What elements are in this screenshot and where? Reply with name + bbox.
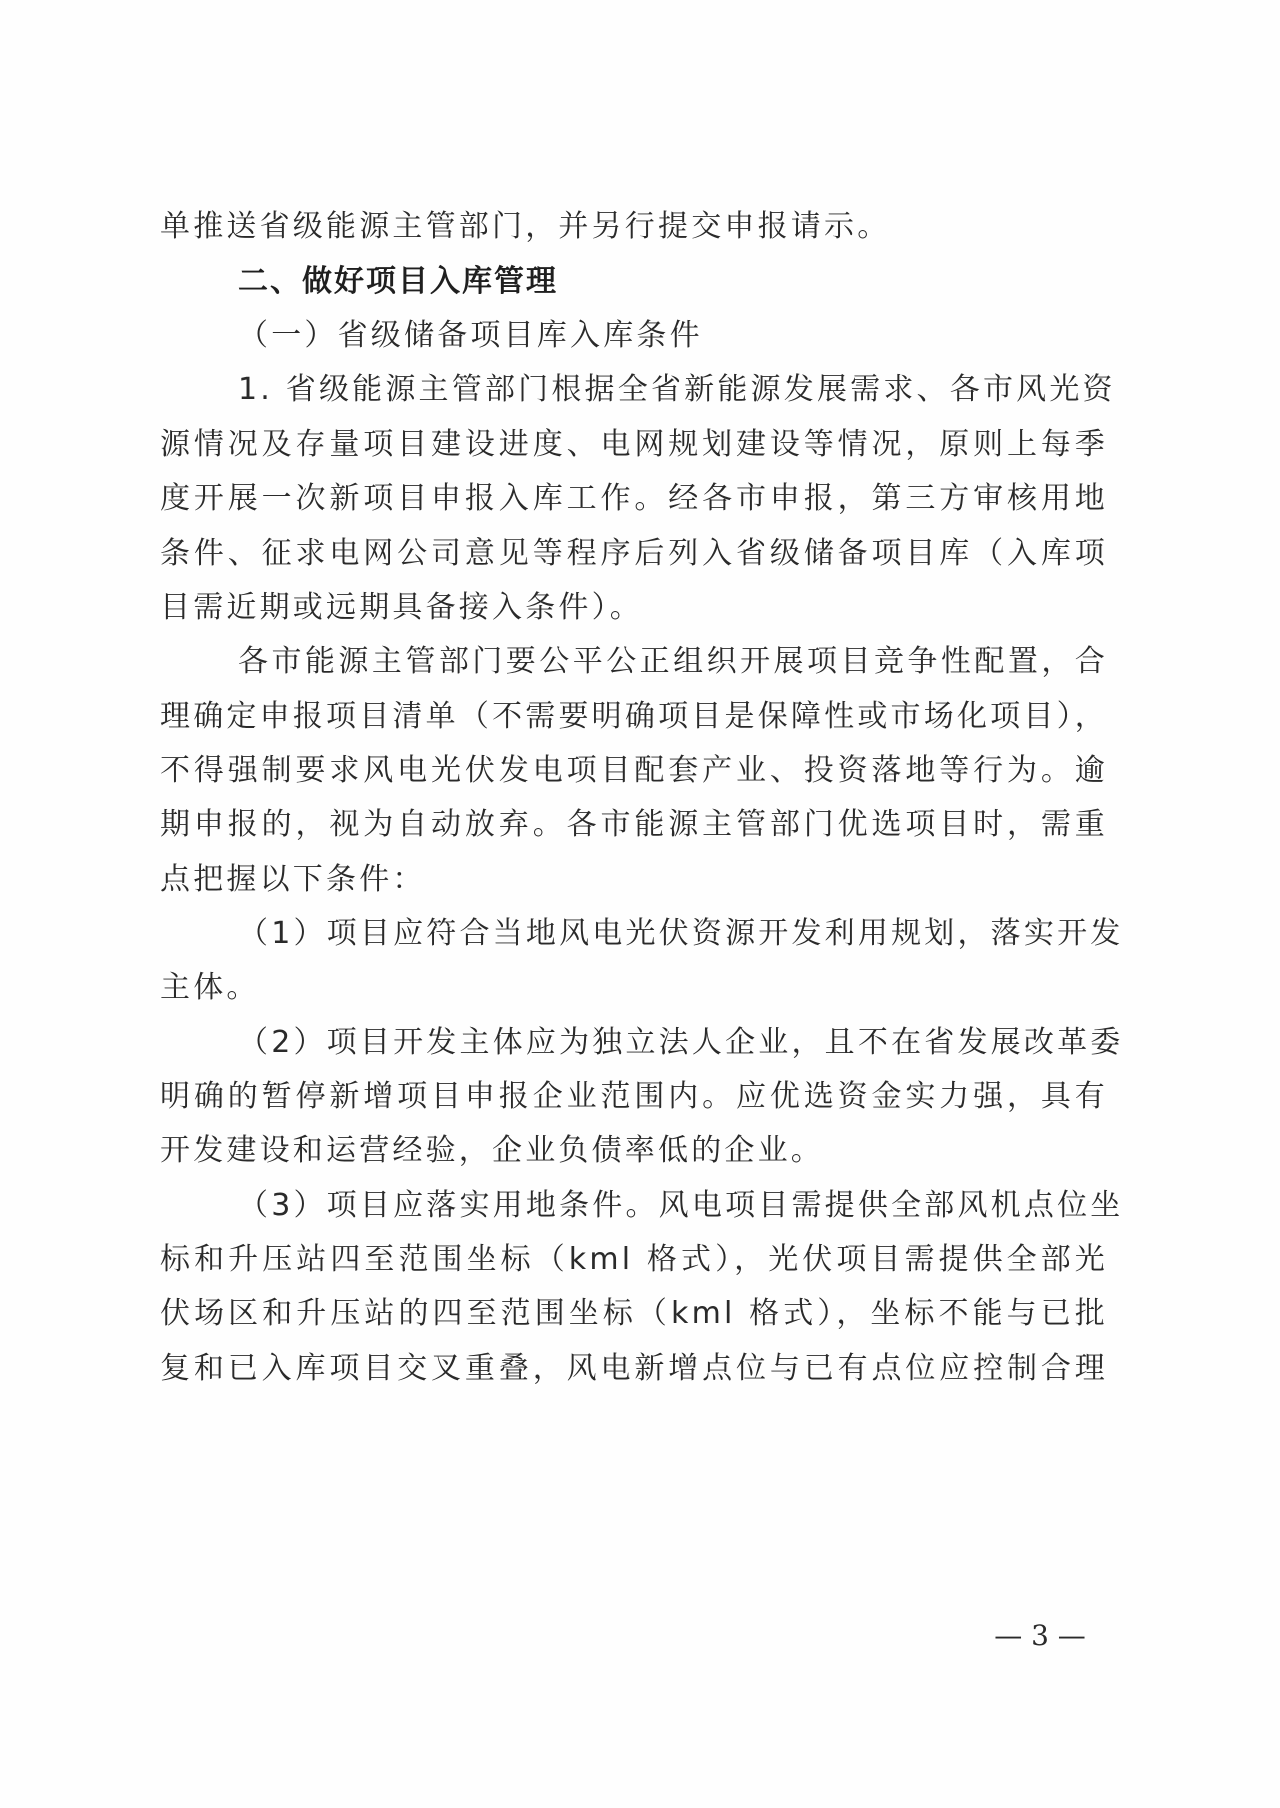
body-line: 标和升压站四至范围坐标（kml 格式），光伏项目需提供全部光	[160, 1240, 1108, 1280]
body-line: 点把握以下条件：	[160, 860, 1108, 900]
body-line: 源情况及存量项目建设进度、电网规划建设等情况，原则上每季	[160, 425, 1108, 465]
body-line: 开发建设和运营经验，企业负债率低的企业。	[160, 1131, 1108, 1171]
body-line: 单推送省级能源主管部门，并另行提交申报请示。	[160, 207, 1108, 247]
body-line: 度开展一次新项目申报入库工作。经各市申报，第三方审核用地	[160, 479, 1108, 519]
body-line: 各市能源主管部门要公平公正组织开展项目竞争性配置，合	[238, 642, 1108, 682]
body-line: 复和已入库项目交叉重叠，风电新增点位与已有点位应控制合理	[160, 1349, 1108, 1389]
body-line: 理确定申报项目清单（不需要明确项目是保障性或市场化项目），	[160, 697, 1108, 737]
subsection-heading: （一）省级储备项目库入库条件	[238, 316, 1108, 356]
body-line: 目需近期或远期具备接入条件）。	[160, 588, 1108, 628]
list-item: （1）项目应符合当地风电光伏资源开发利用规划，落实开发	[238, 914, 1108, 954]
body-line: 条件、征求电网公司意见等程序后列入省级储备项目库（入库项	[160, 534, 1108, 574]
body-line: 不得强制要求风电光伏发电项目配套产业、投资落地等行为。逾	[160, 751, 1108, 791]
body-line: 期申报的，视为自动放弃。各市能源主管部门优选项目时，需重	[160, 805, 1108, 845]
body-line: 主体。	[160, 968, 1108, 1008]
list-item: （3）项目应落实用地条件。风电项目需提供全部风机点位坐	[238, 1186, 1108, 1226]
page-number: — 3 —	[980, 1616, 1100, 1656]
body-line: 明确的暂停新增项目申报企业范围内。应优选资金实力强，具有	[160, 1077, 1108, 1117]
body-line: 1. 省级能源主管部门根据全省新能源发展需求、各市风光资	[238, 370, 1108, 410]
section-heading: 二、做好项目入库管理	[238, 262, 1108, 302]
body-line: 伏场区和升压站的四至范围坐标（kml 格式），坐标不能与已批	[160, 1294, 1108, 1334]
document-page: 单推送省级能源主管部门，并另行提交申报请示。 二、做好项目入库管理 （一）省级储…	[0, 0, 1280, 1808]
list-item: （2）项目开发主体应为独立法人企业，且不在省发展改革委	[238, 1023, 1108, 1063]
